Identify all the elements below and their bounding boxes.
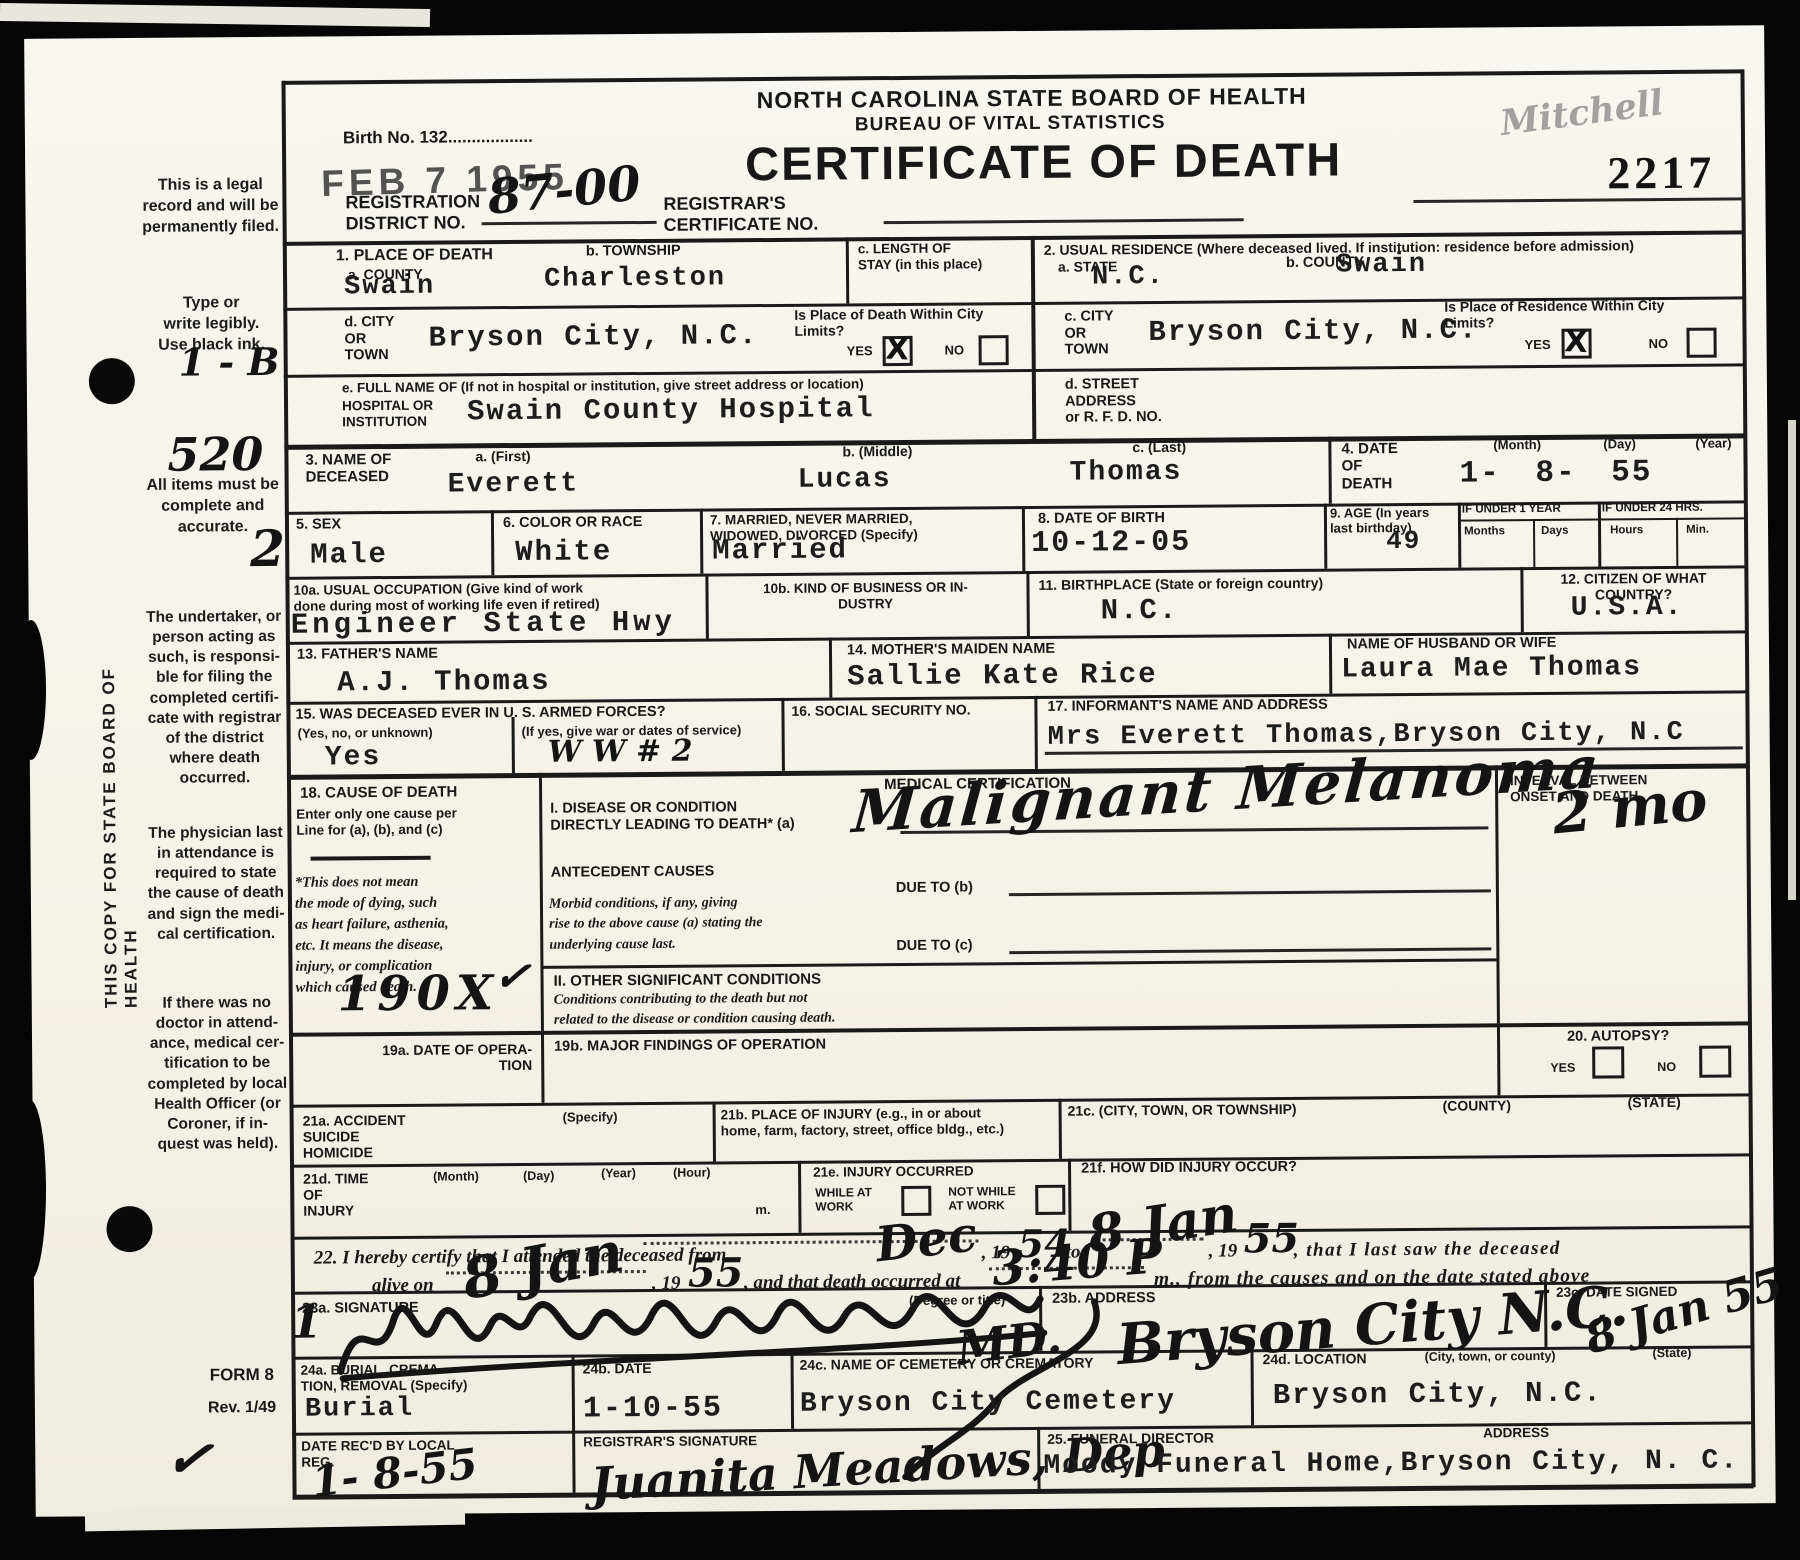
registrar-certificate-label: REGISTRAR'S CERTIFICATE NO. xyxy=(663,193,818,236)
accident-suicide-homicide-label: 21a. ACCIDENT SUICIDE HOMICIDE xyxy=(303,1112,406,1161)
township-value: Charleston xyxy=(544,263,726,294)
ssn-label: 16. SOCIAL SECURITY NO. xyxy=(791,701,970,719)
date-of-operation-label: 19a. DATE OF OPERA- TION xyxy=(347,1041,532,1075)
armed-forces-label: 15. WAS DECEASED EVER IN U. S. ARMED FOR… xyxy=(295,704,665,724)
death-certificate-scan: THIS COPY FOR STATE BOARD OF HEALTH This… xyxy=(0,0,1800,1560)
not-while-at-work-checkbox xyxy=(1035,1185,1065,1215)
date-of-death-value: 1- 8- 55 xyxy=(1459,455,1652,492)
form-revision: Rev. 1/49 xyxy=(208,1399,276,1418)
certify-text-4: , that I last saw the deceased xyxy=(1294,1235,1561,1265)
if-under-24-hrs-label: IF UNDER 24 HRS. xyxy=(1602,502,1703,516)
certificate-title: CERTIFICATE OF DEATH xyxy=(745,133,1342,192)
mother-maiden-name-value: Sallie Kate Rice xyxy=(847,658,1158,693)
cause-code-checkmark: ✓ xyxy=(491,949,533,1003)
last-name-value: Thomas xyxy=(1069,457,1182,489)
grid-line xyxy=(541,1031,545,1103)
specify-label: (Specify) xyxy=(563,1110,618,1125)
grid-line xyxy=(1034,696,1038,769)
cause-of-death-note1: Enter only one cause per Line for (a), (… xyxy=(296,805,457,837)
grid-line xyxy=(1026,571,1030,636)
margin-note-undertaker: The undertaker, or person acting as such… xyxy=(139,607,290,789)
funeral-address-label: ADDRESS xyxy=(1483,1425,1549,1441)
residence-limits-no-checkbox xyxy=(1686,328,1716,358)
months-label: Months xyxy=(1464,525,1505,539)
if-under-1-year-label: IF UNDER 1 YEAR xyxy=(1462,503,1561,517)
residence-city-label: c. CITY OR TOWN xyxy=(1064,308,1114,358)
residence-city-limits-question: Is Place of Residence Within City Limits… xyxy=(1444,297,1664,331)
checkbox-x-mark: X xyxy=(1564,324,1589,360)
burial-removal-value: Burial xyxy=(305,1394,414,1425)
disease-leading-to-death-label: I. DISEASE OR CONDITION DIRECTLY LEADING… xyxy=(550,799,795,834)
grid-line xyxy=(511,717,514,773)
antecedent-causes-label: ANTECEDENT CAUSES xyxy=(551,863,715,881)
age-value: 49 xyxy=(1386,526,1421,556)
father-name-value: A.J. Thomas xyxy=(337,665,551,700)
color-race-label: 6. COLOR OR RACE xyxy=(503,514,643,532)
month-label: (Month) xyxy=(1493,438,1541,453)
grid-line xyxy=(1059,1099,1062,1159)
margin-handwriting-520: 520 xyxy=(167,427,263,482)
citizen-value: U.S.A. xyxy=(1571,592,1684,624)
injury-city-label: 21c. (CITY, TOWN, OR TOWNSHIP) xyxy=(1068,1101,1297,1119)
husband-wife-label: NAME OF HUSBAND OR WIFE xyxy=(1347,635,1557,653)
due-to-c-label: DUE TO (c) xyxy=(896,937,972,954)
board-of-health-title: NORTH CAROLINA STATE BOARD OF HEALTH xyxy=(757,83,1307,114)
residence-county-value: Swain xyxy=(1336,250,1427,281)
burial-removal-label: 24a. BURIAL, CREMA- TION, REMOVAL (Speci… xyxy=(301,1361,468,1393)
hospital-name-label2: HOSPITAL OR INSTITUTION xyxy=(342,398,433,430)
checkbox-x-mark: X xyxy=(885,332,910,368)
date-of-birth-value: 10-12-05 xyxy=(1031,526,1191,561)
grid-line xyxy=(1533,519,1535,567)
injury-county-label: (COUNTY) xyxy=(1443,1097,1512,1114)
morbid-conditions-note: Morbid conditions, if any, giving rise t… xyxy=(549,893,763,956)
grid-line xyxy=(1458,503,1462,568)
margin-note-legal: This is a legal record and will be perma… xyxy=(135,175,285,239)
days-label: Days xyxy=(1541,525,1569,538)
residence-limits-yes-checkbox: X xyxy=(1561,329,1591,359)
cemetery-location-label: 24d. LOCATION xyxy=(1262,1350,1366,1367)
length-of-stay-label: c. LENGTH OF STAY (in this place) xyxy=(858,240,983,272)
date-of-death-label: 4. DATE OF DEATH xyxy=(1341,440,1398,492)
color-race-value: White xyxy=(515,535,612,569)
grid-line xyxy=(781,698,785,771)
margin-note-no-doctor: If there was no doctor in attend- ance, … xyxy=(142,993,293,1155)
injury-occurred-label: 21e. INJURY OCCURRED xyxy=(813,1163,974,1180)
grid-line xyxy=(1022,506,1026,571)
cemetery-name-value: Bryson City Cemetery xyxy=(800,1386,1176,1420)
grid-line xyxy=(700,509,704,574)
scan-artifact xyxy=(16,620,46,760)
autopsy-no-checkbox xyxy=(1699,1045,1731,1077)
husband-wife-value: Laura Mae Thomas xyxy=(1341,652,1642,685)
mother-maiden-name-label: 14. MOTHER'S MAIDEN NAME xyxy=(847,641,1055,659)
min-label: Min. xyxy=(1686,524,1709,537)
middle-name-label: b. (Middle) xyxy=(842,443,912,460)
injury-meridiem-label: m. xyxy=(755,1203,770,1218)
injury-state-label: (STATE) xyxy=(1627,1094,1680,1111)
state-label: (State) xyxy=(1652,1346,1691,1361)
occupation-value: Engineer State Hwy xyxy=(291,606,677,642)
grid-line xyxy=(572,1431,575,1493)
grid-line xyxy=(491,510,495,575)
armed-forces-yes-value: Yes xyxy=(325,742,382,773)
attended-to-year: 55 xyxy=(1243,1215,1299,1262)
funeral-director-label: 25. FUNERAL DIRECTOR xyxy=(1047,1430,1214,1447)
no-label: NO xyxy=(1657,1060,1676,1075)
day-label: (Day) xyxy=(1603,437,1636,452)
residence-city-value: Bryson City, N.C. xyxy=(1148,313,1478,349)
other-significant-conditions-label: II. OTHER SIGNIFICANT CONDITIONS xyxy=(554,971,822,990)
middle-name-value: Lucas xyxy=(798,464,892,496)
registrar-signature-label: REGISTRAR'S SIGNATURE xyxy=(583,1433,757,1450)
city-or-town-label: d. CITY OR TOWN xyxy=(344,314,394,364)
time-of-injury-label: 21d. TIME OF INJURY xyxy=(303,1170,369,1219)
margin-note-physician: The physician last in attendance is requ… xyxy=(140,823,291,945)
funeral-director-value: Moody Funeral Home,Bryson City, N. C. xyxy=(1043,1445,1739,1481)
form-number: FORM 8 xyxy=(210,1365,274,1385)
injury-day-label: (Day) xyxy=(523,1169,554,1184)
injury-year-label: (Year) xyxy=(601,1166,636,1181)
street-address-label: d. STREET ADDRESS or R. F. D. NO. xyxy=(1065,376,1162,427)
date-of-birth-label: 8. DATE OF BIRTH xyxy=(1038,510,1165,528)
autopsy-label: 20. AUTOPSY? xyxy=(1567,1028,1669,1045)
city-town-county-label: (City, town, or county) xyxy=(1424,1349,1555,1364)
residence-state-value: N.C. xyxy=(1092,262,1165,293)
grid-line xyxy=(1324,504,1328,569)
how-injury-occurred-label: 21f. HOW DID INJURY OCCUR? xyxy=(1081,1159,1297,1177)
cemetery-name-label: 24c. NAME OF CEMETERY OR CREMATORY xyxy=(800,1354,1094,1372)
cemetery-location-value: Bryson City, N.C. xyxy=(1273,1377,1603,1413)
yes-label: YES xyxy=(1550,1061,1575,1076)
autopsy-yes-checkbox xyxy=(1592,1046,1624,1078)
cause-of-death-label: 18. CAUSE OF DEATH xyxy=(300,783,457,801)
grid-line xyxy=(1520,567,1524,632)
grid-line xyxy=(829,638,832,698)
first-name-value: Everett xyxy=(448,469,580,501)
birthplace-value: N.C. xyxy=(1101,594,1179,628)
informant-label: 17. INFORMANT'S NAME AND ADDRESS xyxy=(1047,697,1327,716)
attended-from-value: Dec xyxy=(873,1206,980,1273)
margin-handwriting-1b: 1 - B xyxy=(179,339,280,385)
burial-date-label: 24b. DATE xyxy=(583,1360,652,1377)
grid-line xyxy=(1497,1023,1501,1095)
hospital-name-value: Swain County Hospital xyxy=(467,392,875,428)
township-label: b. TOWNSHIP xyxy=(586,243,681,260)
cause-code-handwriting: 190X xyxy=(337,965,499,1022)
birthplace-label: 11. BIRTHPLACE (State or foreign country… xyxy=(1038,575,1323,593)
punch-hole-bottom xyxy=(106,1206,152,1252)
no-label: NO xyxy=(1649,337,1669,352)
war-dates-value: W W # 2 xyxy=(548,734,693,770)
place-of-injury-label: 21b. PLACE OF INJURY (e.g., in or about … xyxy=(721,1105,1005,1138)
marital-status-value: Married xyxy=(712,533,848,567)
punch-hole-top xyxy=(89,358,135,404)
county-value: Swain xyxy=(344,272,435,303)
year-label: (Year) xyxy=(1695,436,1731,451)
grid-line xyxy=(1329,634,1332,694)
hours-label: Hours xyxy=(1610,524,1643,537)
margin-vertical-text: THIS COPY FOR STATE BOARD OF HEALTH xyxy=(99,618,142,1008)
certify-text-3: , 19 xyxy=(1209,1237,1238,1265)
business-industry-label: 10b. KIND OF BUSINESS OR IN- DUSTRY xyxy=(720,579,1010,612)
yes-label: YES xyxy=(847,344,873,359)
first-name-label: a. (First) xyxy=(475,448,530,465)
injury-hour-label: (Hour) xyxy=(673,1166,711,1181)
sex-label: 5. SEX xyxy=(296,516,341,533)
registration-district-label: REGISTRATION DISTRICT NO. xyxy=(345,191,480,233)
major-findings-label: 19b. MAJOR FINDINGS OF OPERATION xyxy=(554,1037,826,1056)
grid-line xyxy=(1676,518,1678,566)
burial-date-value: 1-10-55 xyxy=(583,1391,723,1426)
address-label: 23b. ADDRESS xyxy=(1052,1290,1156,1307)
injury-month-label: (Month) xyxy=(433,1169,479,1184)
while-at-work-label: WHILE AT WORK xyxy=(815,1186,872,1214)
margin-handwriting-2: 2 xyxy=(250,519,285,578)
no-label: NO xyxy=(945,343,965,358)
certificate-number: 2217 xyxy=(1607,146,1715,200)
sex-value: Male xyxy=(310,538,388,572)
place-of-death-label: 1. PLACE OF DEATH xyxy=(336,246,493,266)
yes-label: YES xyxy=(1525,338,1551,353)
grid-line xyxy=(1598,501,1602,566)
bureau-title: BUREAU OF VITAL STATISTICS xyxy=(855,112,1166,136)
last-name-label: c. (Last) xyxy=(1132,439,1186,456)
degree-or-title-label: (Degree or title) xyxy=(909,1293,1005,1309)
death-limits-yes-checkbox: X xyxy=(883,336,913,366)
scan-artifact xyxy=(14,1100,46,1280)
grid-line xyxy=(846,237,850,303)
margin-checkmark: ✓ xyxy=(161,1423,216,1495)
death-limits-no-checkbox xyxy=(979,335,1009,365)
name-of-deceased-label: 3. NAME OF DECEASED xyxy=(305,451,391,486)
other-significant-conditions-note: Conditions contributing to the death but… xyxy=(554,989,836,1032)
paper-sheet: THIS COPY FOR STATE BOARD OF HEALTH This… xyxy=(0,0,1800,1560)
scan-artifact xyxy=(1788,420,1796,900)
father-name-label: 13. FATHER'S NAME xyxy=(297,646,438,664)
birth-no-label: Birth No. 132.................. xyxy=(343,127,533,148)
grid-line xyxy=(713,1101,716,1161)
grid-line xyxy=(705,573,709,638)
due-to-b-label: DUE TO (b) xyxy=(896,879,973,896)
grid-line xyxy=(798,1161,802,1233)
armed-forces-yes-no-label: (Yes, no, or unknown) xyxy=(298,726,433,742)
grid-line xyxy=(1328,437,1332,504)
city-or-town-value: Bryson City, N.C. xyxy=(428,319,758,355)
